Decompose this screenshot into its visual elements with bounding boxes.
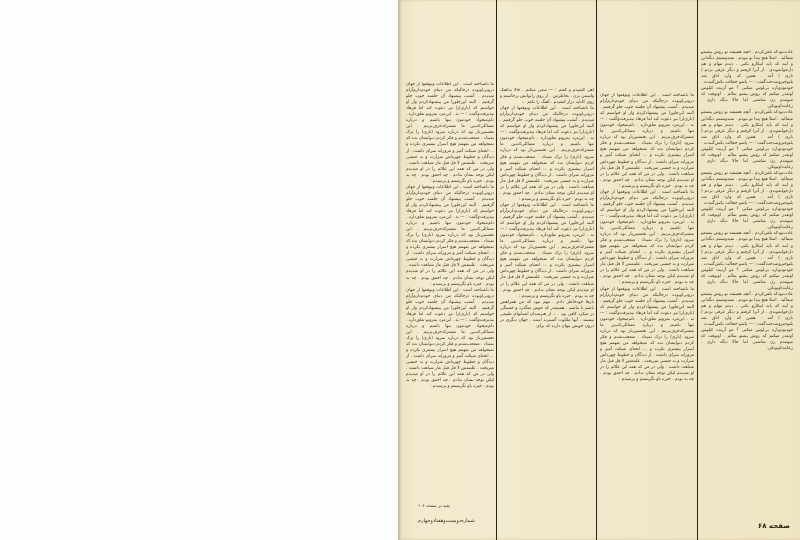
text-column-mid-left: آهی کشیدم و گفتم : — سعی میکنم . حالا بد… (500, 88, 594, 520)
column-rule (496, 0, 497, 540)
text-column-mid-right: ما ناشناخته است . این اطلاعات وتوقعها از… (600, 93, 694, 518)
column-rule (697, 0, 698, 540)
column-text: ما ناشناخته است . این اطلاعات وتوقعها از… (406, 288, 494, 391)
text-column-left: ما ناشناخته است . این اطلاعات وتوقعها از… (406, 82, 494, 500)
column-rule (596, 0, 597, 540)
column-text: ما ناشناخته است . این اطلاعات وتوقعها از… (500, 106, 594, 203)
continued-note: بقیه در صفحه ۱۰۶ (418, 503, 450, 508)
column-text: ما ناشناخته است . این اطلاعات وتوقعها از… (406, 185, 494, 288)
page-number: صفحه ۶۸ (758, 522, 790, 530)
column-text: عادت‌بود‌که تلفن‌کردم . آنچه همیشه تو رو… (701, 231, 793, 291)
column-text: بارها خودخاطر دادم . مهم تبود که من همرا… (500, 300, 594, 330)
column-text: ما ناشناخته است . این اطلاعات وتوقعها از… (600, 190, 694, 287)
text-column-right: عادت‌بود‌که تلفن‌کردم . آنچه همیشه تو رو… (701, 50, 793, 515)
column-text: ما ناشناخته است . این اطلاعات وتوقعها از… (600, 93, 694, 190)
column-text: ما ناشناخته است . این اطلاعات وتوقعها از… (600, 287, 694, 384)
blank-left-page (0, 0, 398, 540)
column-text: عادت‌بود‌که تلفن‌کردم . آنچه همیشه تو رو… (701, 110, 793, 170)
magazine-page: عادت‌بود‌که تلفن‌کردم . آنچه همیشه تو رو… (398, 0, 800, 540)
column-text: عادت‌بود‌که تلفن‌کردم . آنچه همیشه تو رو… (701, 171, 793, 231)
column-text: آهی کشیدم و گفتم : — سعی میکنم . حالا بد… (500, 88, 594, 106)
column-text: ما ناشناخته است . این اطلاعات وتوقعها از… (406, 82, 494, 185)
column-text: عادت‌بود‌که تلفن‌کردم . آنچه همیشه تو رو… (701, 50, 793, 110)
column-text: ما ناشناخته است . این اطلاعات وتوقعها از… (500, 203, 594, 300)
issue-label: شماره‌دویست‌وهفتادوچهارم (418, 518, 475, 524)
column-text: عادت‌بود‌که تلفن‌کردم . آنچه همیشه تو رو… (701, 292, 793, 352)
